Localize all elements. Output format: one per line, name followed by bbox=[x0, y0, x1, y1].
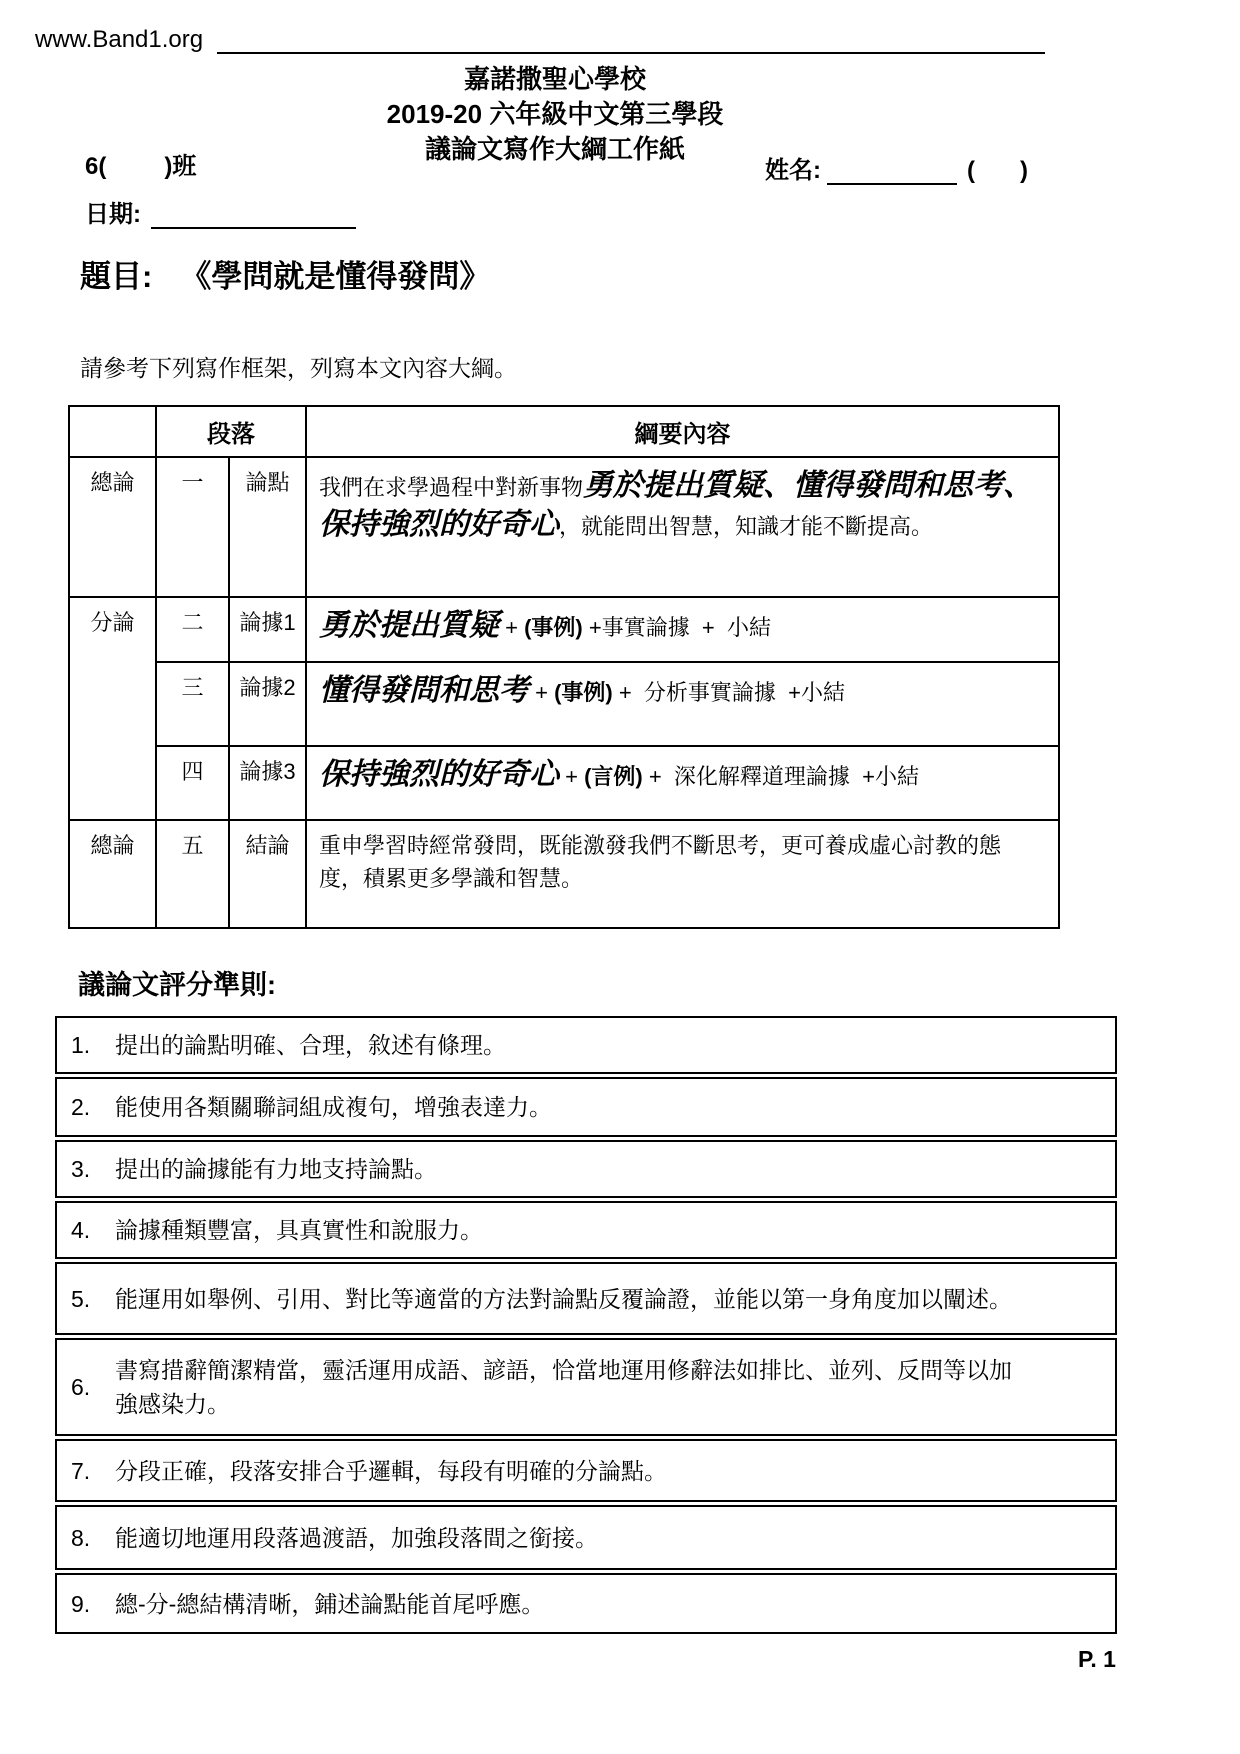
topic-label: 題目: bbox=[80, 251, 152, 296]
criteria-heading: 議論文評分準則: bbox=[78, 963, 1240, 1002]
name-paren-open: ( bbox=[967, 157, 975, 185]
date-field: 日期: bbox=[85, 194, 356, 229]
row-content-cell: 重申學習時經常發問，既能激發我們不斷思考，更可養成虛心討教的態 度，積累更多學識… bbox=[306, 820, 1059, 928]
row-role-cell: 論據3 bbox=[229, 746, 306, 820]
date-blank-line bbox=[151, 201, 356, 229]
criteria-item: 6. 書寫措辭簡潔精當，靈活運用成語、諺語，恰當地運用修辭法如排比、並列、反問等… bbox=[55, 1338, 1117, 1436]
criteria-item-text: 提出的論據能有力地支持論點。 bbox=[115, 1152, 1101, 1186]
criteria-item-text: 書寫措辭簡潔精當，靈活運用成語、諺語，恰當地運用修辭法如排比、並列、反問等以加 … bbox=[115, 1353, 1101, 1421]
criteria-item: 8. 能適切地運用段落過渡語，加強段落間之銜接。 bbox=[55, 1505, 1117, 1570]
row-role-cell: 論據2 bbox=[229, 662, 306, 746]
criteria-item-text: 提出的論點明確、合理，敘述有條理。 bbox=[115, 1028, 1101, 1062]
outline-table: 段落 綱要內容 總論 一 論點 我們在求學過程中對新事物勇於提出質疑、懂得發問和… bbox=[68, 405, 1060, 929]
criteria-item-number: 1. bbox=[71, 1028, 115, 1062]
criteria-item: 7. 分段正確，段落安排合乎邏輯，每段有明確的分論點。 bbox=[55, 1439, 1117, 1502]
row-content-cell: 我們在求學過程中對新事物勇於提出質疑、懂得發問和思考、 保持強烈的好奇心，就能問… bbox=[306, 457, 1059, 597]
criteria-item-number: 3. bbox=[71, 1152, 115, 1186]
criteria-item: 4. 論據種類豐富，具真實性和說服力。 bbox=[55, 1201, 1117, 1259]
school-name: 嘉諾撒聖心學校 bbox=[85, 62, 1025, 97]
name-blank-line bbox=[827, 157, 957, 185]
row-content-cell: 勇於提出質疑 + (事例) +事實論據 + 小結 bbox=[306, 597, 1059, 662]
content-plain: +事實論據 + 小結 bbox=[583, 615, 771, 640]
criteria-item-number: 9. bbox=[71, 1587, 115, 1621]
outline-row-1: 總論 一 論點 我們在求學過程中對新事物勇於提出質疑、懂得發問和思考、 保持強烈… bbox=[69, 457, 1059, 597]
content-plain: + 分析事實論據 +小結 bbox=[613, 680, 845, 705]
criteria-item-number: 6. bbox=[71, 1370, 115, 1404]
criteria-item-number: 5. bbox=[71, 1282, 115, 1316]
topic-row: 題目: 《學問就是懂得發問》 bbox=[80, 251, 1240, 296]
content-plain: 我們在求學過程中對新事物 bbox=[319, 475, 583, 500]
content-plain: + 深化解釋道理論據 +小結 bbox=[643, 764, 919, 789]
date-label: 日期: bbox=[85, 194, 141, 229]
content-plain: 重申學習時經常發問，既能激發我們不斷思考，更可養成虛心討教的態 度，積累更多學識… bbox=[319, 833, 1001, 891]
site-url: www.Band1.org bbox=[35, 26, 203, 54]
criteria-list: 1. 提出的論點明確、合理，敘述有條理。 2. 能使用各類關聯詞組成複句，增強表… bbox=[55, 1016, 1117, 1634]
content-emphasis: 保持強烈的好奇心 bbox=[319, 758, 559, 791]
criteria-item: 1. 提出的論點明確、合理，敘述有條理。 bbox=[55, 1016, 1117, 1074]
row-content-cell: 懂得發問和思考 + (事例) + 分析事實論據 +小結 bbox=[306, 662, 1059, 746]
criteria-item-text: 能適切地運用段落過渡語，加強段落間之銜接。 bbox=[115, 1521, 1101, 1555]
name-paren-close: ) bbox=[1020, 157, 1028, 185]
content-plain: + bbox=[529, 680, 554, 705]
content-emphasis: 勇於提出質疑 bbox=[319, 609, 499, 642]
row-group-cell: 分論 bbox=[69, 597, 156, 820]
criteria-item-text: 能使用各類關聯詞組成複句，增強表達力。 bbox=[115, 1090, 1101, 1124]
content-plain: + bbox=[559, 764, 584, 789]
outline-row-4: 四 論據3 保持強烈的好奇心 + (言例) + 深化解釋道理論據 +小結 bbox=[69, 746, 1059, 820]
worksheet-page: www.Band1.org 嘉諾撒聖心學校 2019-20 六年級中文第三學段 … bbox=[0, 0, 1240, 1754]
criteria-item-text: 能運用如舉例、引用、對比等適當的方法對論點反覆論證，並能以第一身角度加以闡述。 bbox=[115, 1282, 1101, 1316]
row-group-cell: 總論 bbox=[69, 457, 156, 597]
criteria-item-text: 分段正確，段落安排合乎邏輯，每段有明確的分論點。 bbox=[115, 1454, 1101, 1488]
outline-row-2: 分論 二 論據1 勇於提出質疑 + (事例) +事實論據 + 小結 bbox=[69, 597, 1059, 662]
content-example: (言例) bbox=[584, 764, 643, 789]
outline-row-3: 三 論據2 懂得發問和思考 + (事例) + 分析事實論據 +小結 bbox=[69, 662, 1059, 746]
row-num-cell: 三 bbox=[156, 662, 229, 746]
header-cell-paragraph: 段落 bbox=[156, 406, 306, 457]
header-rule-line bbox=[217, 28, 1045, 54]
outline-header-row: 段落 綱要內容 bbox=[69, 406, 1059, 457]
row-num-cell: 五 bbox=[156, 820, 229, 928]
name-label: 姓名: bbox=[765, 150, 821, 185]
header-cell-content: 綱要內容 bbox=[306, 406, 1059, 457]
content-emphasis: 懂得發問和思考 bbox=[319, 674, 529, 707]
criteria-item-number: 4. bbox=[71, 1213, 115, 1247]
row-num-cell: 二 bbox=[156, 597, 229, 662]
class-prefix: 6( bbox=[85, 153, 106, 180]
content-plain: + bbox=[499, 615, 524, 640]
class-suffix: )班 bbox=[164, 153, 196, 180]
topic-title: 《學問就是懂得發問》 bbox=[180, 251, 490, 296]
criteria-item-number: 8. bbox=[71, 1521, 115, 1555]
row-content-cell: 保持強烈的好奇心 + (言例) + 深化解釋道理論據 +小結 bbox=[306, 746, 1059, 820]
criteria-item-text: 論據種類豐富，具真實性和說服力。 bbox=[115, 1213, 1101, 1247]
content-example: (事例) bbox=[524, 615, 583, 640]
class-field: 6()班 bbox=[85, 146, 196, 181]
criteria-item: 3. 提出的論據能有力地支持論點。 bbox=[55, 1140, 1117, 1198]
criteria-item: 9. 總-分-總結構清晰，鋪述論點能首尾呼應。 bbox=[55, 1573, 1117, 1634]
row-num-cell: 四 bbox=[156, 746, 229, 820]
criteria-item: 2. 能使用各類關聯詞組成複句，增強表達力。 bbox=[55, 1077, 1117, 1137]
criteria-item-number: 7. bbox=[71, 1454, 115, 1488]
header-area: www.Band1.org 嘉諾撒聖心學校 2019-20 六年級中文第三學段 … bbox=[0, 0, 1240, 245]
row-group-cell: 總論 bbox=[69, 820, 156, 928]
criteria-item: 5. 能運用如舉例、引用、對比等適當的方法對論點反覆論證，並能以第一身角度加以闡… bbox=[55, 1262, 1117, 1335]
criteria-item-text: 總-分-總結構清晰，鋪述論點能首尾呼應。 bbox=[115, 1587, 1101, 1621]
header-cell-empty bbox=[69, 406, 156, 457]
row-role-cell: 論點 bbox=[229, 457, 306, 597]
content-example: (事例) bbox=[554, 680, 613, 705]
row-role-cell: 結論 bbox=[229, 820, 306, 928]
content-plain: ，就能問出智慧，知識才能不斷提高。 bbox=[559, 514, 933, 539]
name-field: 姓名: ( ) bbox=[765, 150, 1028, 185]
page-number: P. 1 bbox=[1078, 1646, 1116, 1673]
row-role-cell: 論據1 bbox=[229, 597, 306, 662]
criteria-item-number: 2. bbox=[71, 1090, 115, 1124]
instruction-text: 請參考下列寫作框架，列寫本文內容大綱。 bbox=[80, 350, 1240, 383]
outline-row-5: 總論 五 結論 重申學習時經常發問，既能激發我們不斷思考，更可養成虛心討教的態 … bbox=[69, 820, 1059, 928]
row-num-cell: 一 bbox=[156, 457, 229, 597]
site-row: www.Band1.org bbox=[35, 26, 1045, 54]
term-line: 2019-20 六年級中文第三學段 bbox=[85, 97, 1025, 132]
